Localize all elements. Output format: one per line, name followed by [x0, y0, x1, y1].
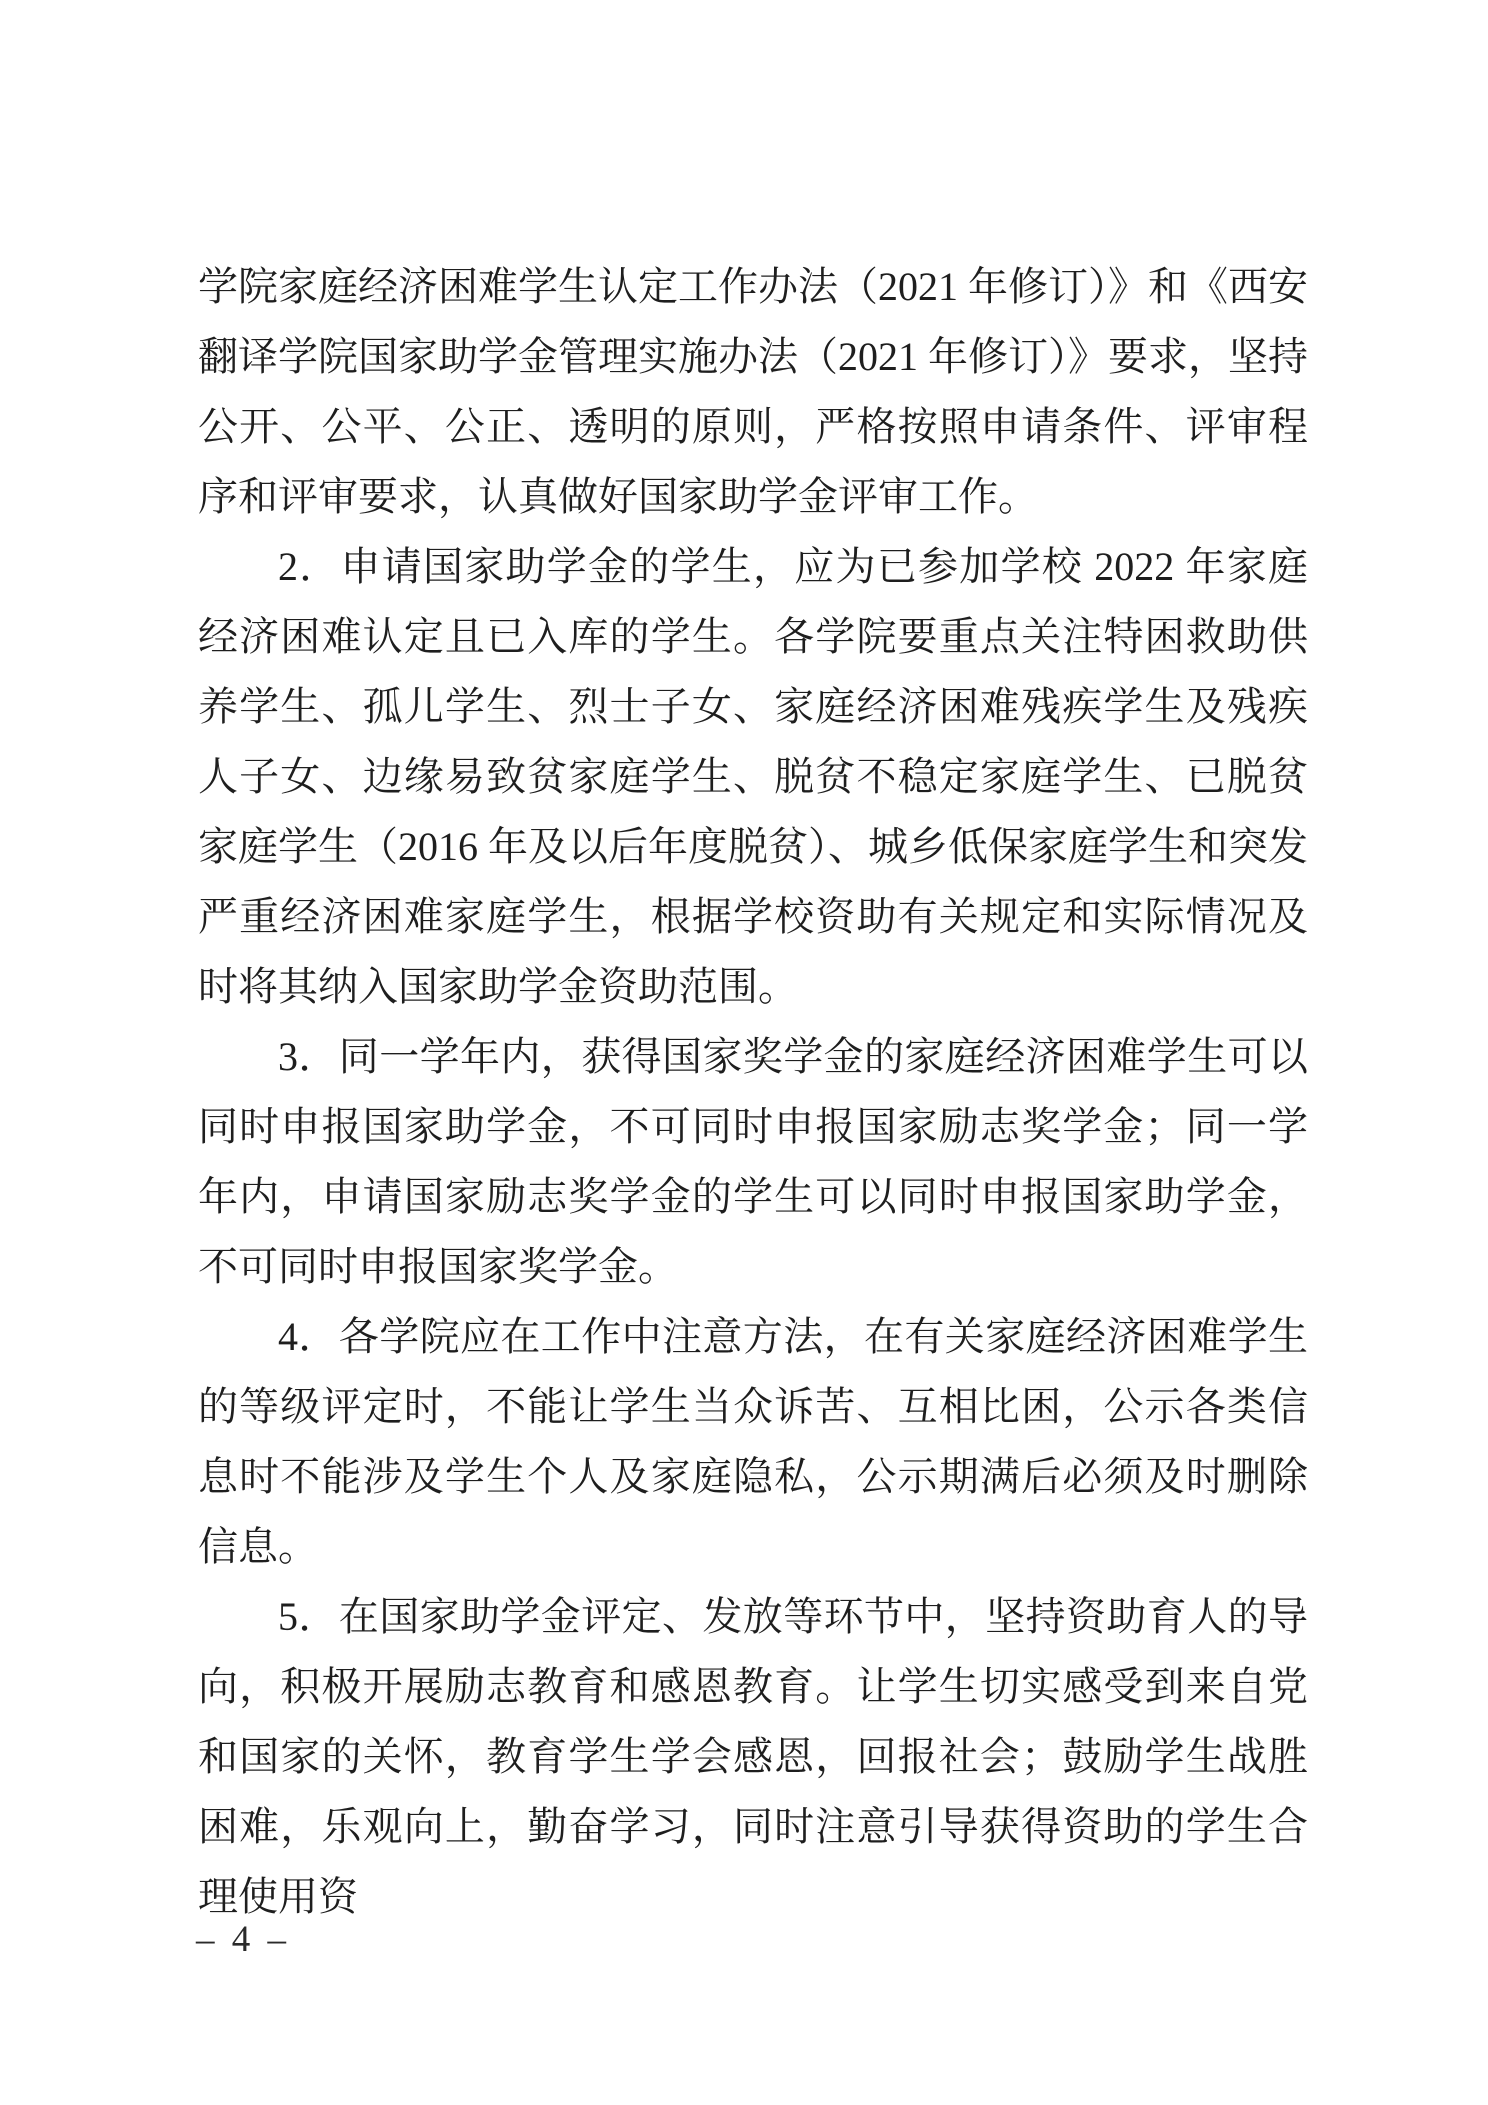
- document-body: 学院家庭经济困难学生认定工作办法（2021 年修订）》和《西安翻译学院国家助学金…: [198, 252, 1308, 1932]
- paragraph: 4．各学院应在工作中注意方法，在有关家庭经济困难学生的等级评定时，不能让学生当众…: [198, 1302, 1308, 1582]
- page-number: – 4 –: [196, 1918, 290, 1962]
- paragraph: 2．申请国家助学金的学生，应为已参加学校 2022 年家庭经济困难认定且已入库的…: [198, 532, 1308, 1022]
- paragraph: 3．同一学年内，获得国家奖学金的家庭经济困难学生可以同时申报国家助学金，不可同时…: [198, 1022, 1308, 1302]
- paragraph: 学院家庭经济困难学生认定工作办法（2021 年修订）》和《西安翻译学院国家助学金…: [198, 252, 1308, 532]
- paragraph: 5．在国家助学金评定、发放等环节中，坚持资助育人的导向，积极开展励志教育和感恩教…: [198, 1582, 1308, 1932]
- document-page: 学院家庭经济困难学生认定工作办法（2021 年修订）》和《西安翻译学院国家助学金…: [0, 0, 1488, 2105]
